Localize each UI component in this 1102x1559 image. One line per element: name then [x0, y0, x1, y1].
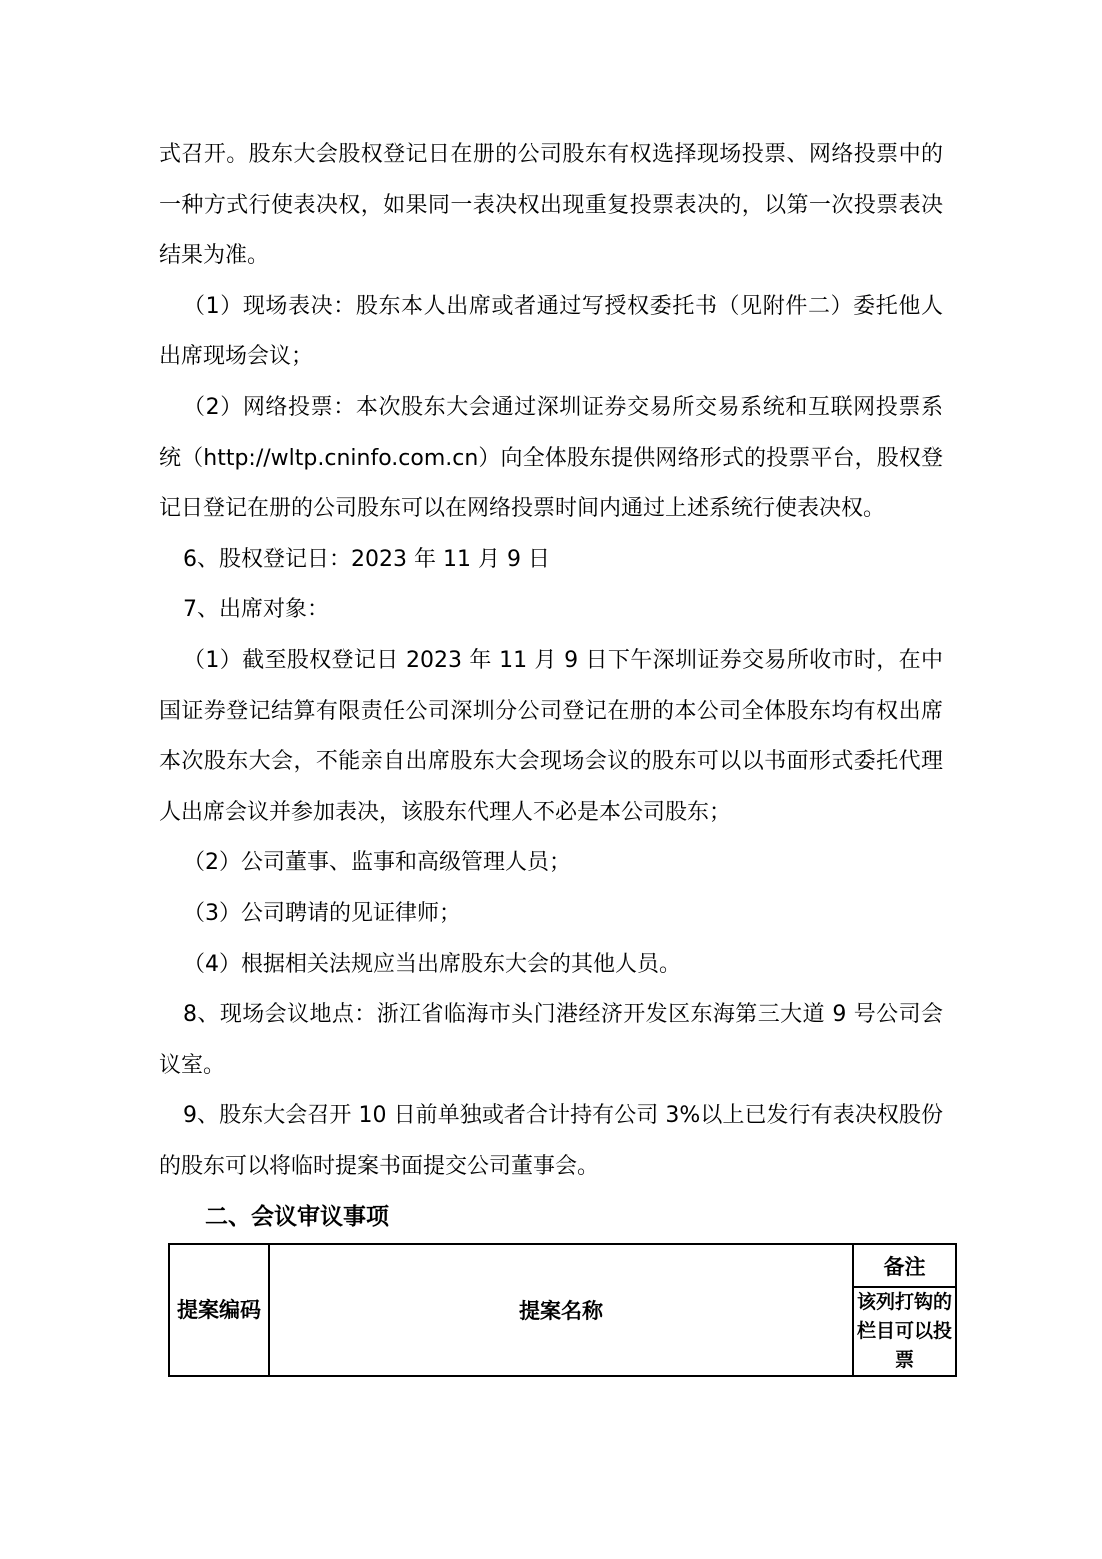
document-page: 式召开。股东大会股权登记日在册的公司股东有权选择现场投票、网络投票中的一种方式行… [0, 0, 1102, 1559]
proposal-code-header-cell: 提案编码 [169, 1244, 269, 1376]
section-heading-meeting-review-items: 二、会议审议事项 [159, 1192, 943, 1243]
paragraph-onsite-voting: （1）现场表决：股东本人出席或者通过写授权委托书（见附件二）委托他人出席现场会议… [159, 282, 943, 383]
proposal-name-header-cell: 提案名称 [269, 1244, 853, 1376]
paragraph-attendee-others: （4）根据相关法规应当出席股东大会的其他人员。 [159, 940, 943, 991]
remark-header-cell: 备注 [853, 1244, 956, 1287]
paragraph-interim-proposals: 9、股东大会召开 10 日前单独或者合计持有公司 3%以上已发行有表决权股份的股… [159, 1091, 943, 1192]
voting-platform-url: http://wltp.cninfo.com.cn [203, 446, 478, 471]
paragraph-record-date: 6、股权登记日：2023 年 11 月 9 日 [159, 535, 943, 586]
proposals-table: 提案编码 提案名称 备注 该列打钩的栏目可以投票 [168, 1243, 957, 1377]
paragraph-meeting-venue: 8、现场会议地点：浙江省临海市头门港经济开发区东海第三大道 9 号公司会议室。 [159, 990, 943, 1091]
paragraph-attendee-directors: （2）公司董事、监事和高级管理人员； [159, 838, 943, 889]
paragraph-attendee-shareholders: （1）截至股权登记日 2023 年 11 月 9 日下午深圳证券交易所收市时，在… [159, 636, 943, 838]
document-body: 式召开。股东大会股权登记日在册的公司股东有权选择现场投票、网络投票中的一种方式行… [159, 130, 943, 1243]
paragraph-attendee-lawyers: （3）公司聘请的见证律师； [159, 889, 943, 940]
paragraph-online-voting: （2）网络投票：本次股东大会通过深圳证券交易所交易系统和互联网投票系统（http… [159, 383, 943, 535]
paragraph-attendees-heading: 7、出席对象： [159, 585, 943, 636]
paragraph-voting-method-continuation: 式召开。股东大会股权登记日在册的公司股东有权选择现场投票、网络投票中的一种方式行… [159, 130, 943, 282]
table-header-row-top: 提案编码 提案名称 备注 [169, 1244, 956, 1287]
remark-note-cell: 该列打钩的栏目可以投票 [853, 1287, 956, 1376]
